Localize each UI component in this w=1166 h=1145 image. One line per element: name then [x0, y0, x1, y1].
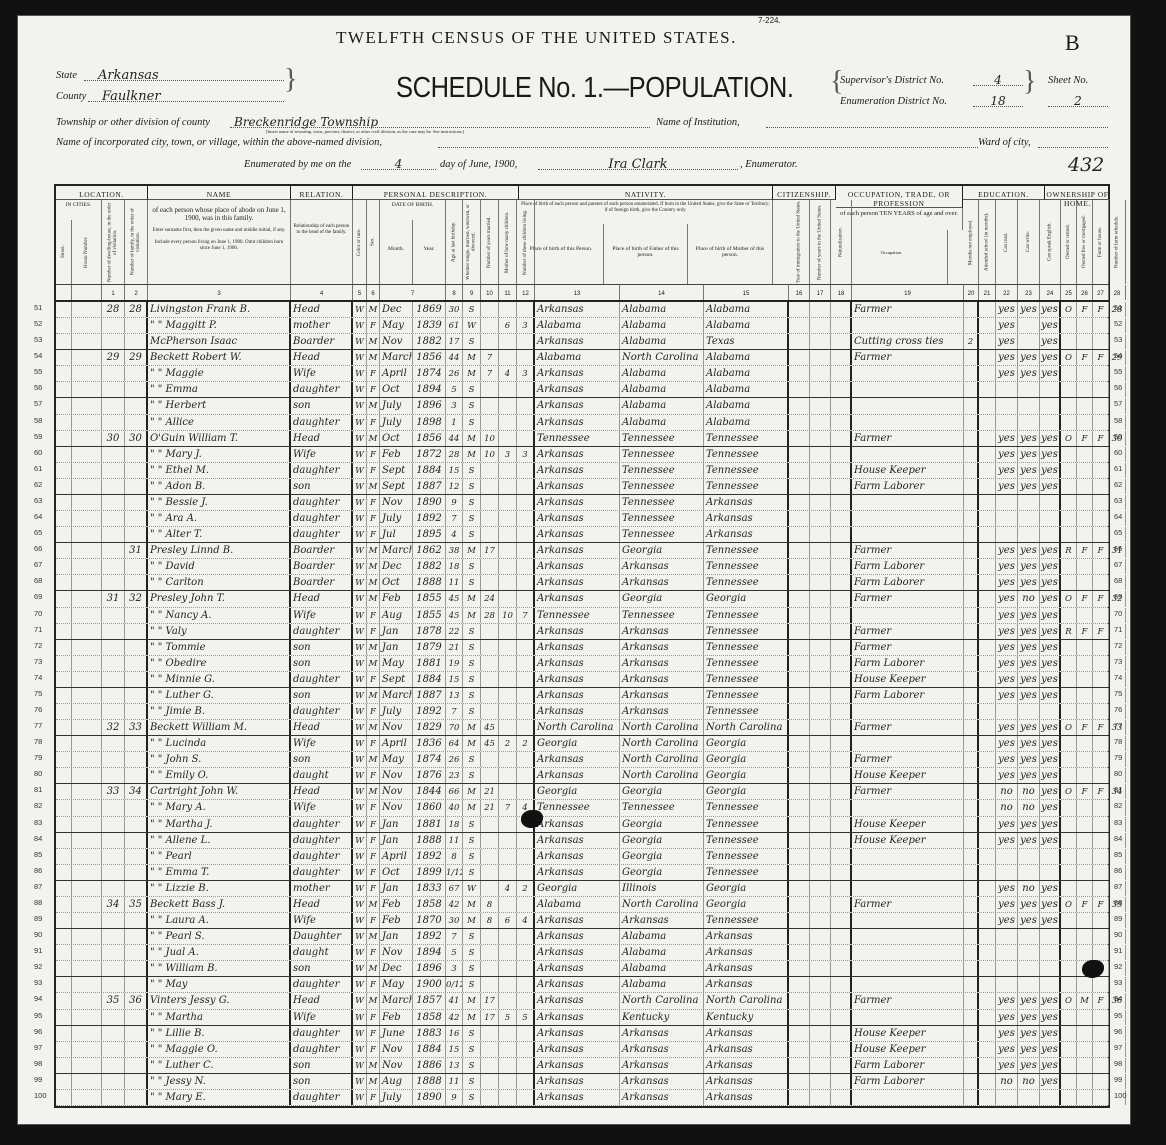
table-row: " " Luther G.sonWMMarch188713SArkansasAr…	[56, 688, 1108, 704]
cell-year: 1896	[413, 398, 446, 413]
cell-sex: F	[367, 463, 380, 478]
line-number: 70	[34, 609, 42, 618]
cell-mother-of	[499, 1026, 517, 1041]
cell-empty	[56, 817, 72, 832]
cell-farm	[1093, 559, 1109, 574]
cell-unemployed	[964, 382, 979, 397]
cell-write: yes	[1018, 1058, 1040, 1073]
cell-father-birth: Georgia	[620, 865, 704, 880]
cell-empty	[56, 511, 72, 526]
cell-living	[517, 929, 535, 944]
cell-birth: Arkansas	[535, 447, 620, 462]
cell-mother-birth: North Carolina	[704, 993, 789, 1008]
cell-year: 1882	[413, 559, 446, 574]
line-number: 54	[34, 351, 42, 360]
header-free-mortgaged: Owned free or mortgaged.	[1077, 200, 1093, 284]
cell-unemployed	[964, 575, 979, 590]
cell-write	[1018, 849, 1040, 864]
table-row: " " Nancy A.WifeWFAug185545M28107Tenness…	[56, 608, 1108, 624]
cell-unemployed	[964, 398, 979, 413]
cell-age: 21	[446, 640, 463, 655]
cell-mother-birth: Arkansas	[704, 527, 789, 542]
cell-free	[1077, 913, 1093, 928]
cell-free	[1077, 366, 1093, 381]
cell-sex: M	[367, 656, 380, 671]
cell-occupation	[852, 398, 964, 413]
cell-family	[125, 1074, 148, 1089]
ward-field	[1038, 133, 1108, 148]
cell-name: " " Pearl S.	[148, 929, 291, 944]
cell-age: 4	[446, 527, 463, 542]
cell-own: O	[1061, 302, 1077, 317]
cell-dwelling	[102, 768, 125, 783]
cell-year: 1888	[413, 575, 446, 590]
cell-free	[1077, 656, 1093, 671]
cell-dwelling	[102, 1058, 125, 1073]
cell-sex: F	[367, 495, 380, 510]
cell-farm	[1093, 752, 1109, 767]
cell-family	[125, 977, 148, 992]
cell-occupation: Farmer	[852, 350, 964, 365]
column-number: 13	[535, 285, 620, 300]
cell-unemployed	[964, 704, 979, 719]
cell-marital: S	[463, 945, 481, 960]
cell-family	[125, 382, 148, 397]
cell-occupation	[852, 366, 964, 381]
cell-name: " " Obedire	[148, 656, 291, 671]
cell-mother-of	[499, 817, 517, 832]
cell-yrs-married	[481, 479, 499, 494]
cell-dwelling	[102, 511, 125, 526]
cell-father-birth: Arkansas	[620, 688, 704, 703]
cell-own	[1061, 1010, 1077, 1025]
cell-empty	[979, 704, 996, 719]
cell-father-birth: Alabama	[620, 382, 704, 397]
cell-living	[517, 768, 535, 783]
cell-mother-birth: Georgia	[704, 736, 789, 751]
cell-free: F	[1077, 897, 1093, 912]
cell-sex: F	[367, 881, 380, 896]
cell-read: yes	[996, 1058, 1018, 1073]
cell-name: " " Pearl	[148, 849, 291, 864]
cell-color: W	[353, 1010, 367, 1025]
cell-color: W	[353, 800, 367, 815]
cell-marital: S	[463, 559, 481, 574]
cell-empty	[979, 382, 996, 397]
cell-mother-of	[499, 591, 517, 606]
cell-living	[517, 784, 535, 799]
cell-own	[1061, 382, 1077, 397]
cell-empty	[72, 768, 102, 783]
cell-relation: daughter	[291, 672, 353, 687]
cell-month: March	[380, 688, 413, 703]
cell-own	[1061, 1058, 1077, 1073]
cell-occupation: House Keeper	[852, 817, 964, 832]
line-number: 81	[34, 785, 42, 794]
cell-birth: Arkansas	[535, 511, 620, 526]
cell-birth: Arkansas	[535, 945, 620, 960]
cell-unemployed	[964, 688, 979, 703]
header-sex: Sex.	[367, 200, 380, 284]
cell-empty	[810, 833, 831, 848]
cell-farm	[1093, 800, 1109, 815]
sheet-field: 2	[1048, 92, 1108, 107]
cell-year: 1839	[413, 318, 446, 333]
institution-field	[766, 113, 1108, 128]
cell-living	[517, 833, 535, 848]
cell-read: yes	[996, 559, 1018, 574]
cell-mother-birth: Tennessee	[704, 608, 789, 623]
table-row: " " William B.sonWMDec18963SArkansasAlab…	[56, 961, 1108, 977]
cell-farm	[1093, 479, 1109, 494]
cell-occupation	[852, 608, 964, 623]
cell-empty	[979, 431, 996, 446]
group-location: LOCATION.	[56, 186, 148, 200]
line-number: 85	[1114, 850, 1122, 859]
form-id: 7-224.	[758, 16, 781, 25]
cell-write: yes	[1018, 624, 1040, 639]
enumeration-field: 18	[973, 92, 1023, 107]
line-number: 75	[1114, 689, 1122, 698]
cell-empty	[979, 1074, 996, 1089]
cell-marital: M	[463, 591, 481, 606]
cell-month: May	[380, 752, 413, 767]
cell-own	[1061, 977, 1077, 992]
line-number: 54	[1114, 351, 1122, 360]
cell-write: no	[1018, 1074, 1040, 1089]
column-number	[56, 285, 72, 300]
cell-empty	[56, 479, 72, 494]
occupation-sub-header: Occupation.	[836, 230, 948, 284]
cell-marital: S	[463, 640, 481, 655]
cell-empty	[789, 656, 810, 671]
date-of-birth-header: DATE OF BIRTH.	[380, 200, 446, 220]
cell-occupation	[852, 1090, 964, 1105]
cell-write: yes	[1018, 447, 1040, 462]
line-number: 58	[1114, 416, 1122, 425]
cell-mother-birth: Arkansas	[704, 511, 789, 526]
cell-year: 1833	[413, 881, 446, 896]
cell-read	[996, 849, 1018, 864]
cell-own	[1061, 398, 1077, 413]
cell-empty	[979, 929, 996, 944]
cell-farm: F	[1093, 543, 1109, 558]
cell-occupation: Cutting cross ties	[852, 334, 964, 349]
cell-yrs-married: 45	[481, 720, 499, 735]
cell-empty	[810, 302, 831, 317]
cell-color: W	[353, 688, 367, 703]
table-row: " " MaggieWifeWFApril187426M743ArkansasA…	[56, 366, 1108, 382]
cell-dwelling	[102, 881, 125, 896]
cell-free	[1077, 865, 1093, 880]
cell-sex: F	[367, 800, 380, 815]
cell-mother-of	[499, 1090, 517, 1105]
cell-unemployed	[964, 559, 979, 574]
cell-relation: Wife	[291, 736, 353, 751]
cell-yrs-married	[481, 624, 499, 639]
cell-free	[1077, 768, 1093, 783]
table-row: " " Adon B.sonWMSept188712SArkansasTenne…	[56, 479, 1108, 495]
cell-farm	[1093, 849, 1109, 864]
cell-own	[1061, 881, 1077, 896]
cell-read: yes	[996, 736, 1018, 751]
cell-empty	[789, 479, 810, 494]
cell-name: " " Ethel M.	[148, 463, 291, 478]
cell-birth: Arkansas	[535, 977, 620, 992]
cell-month: Nov	[380, 1058, 413, 1073]
header-attended-school: Attended school (in months).	[979, 200, 996, 284]
cell-empty	[72, 993, 102, 1008]
cell-mother-of: 6	[499, 318, 517, 333]
cell-english: yes	[1040, 463, 1061, 478]
cell-yrs-married	[481, 672, 499, 687]
cell-occupation	[852, 415, 964, 430]
cell-mother-birth: Tennessee	[704, 543, 789, 558]
cell-mother-of	[499, 961, 517, 976]
cell-empty	[810, 817, 831, 832]
cell-birth: Georgia	[535, 736, 620, 751]
cell-unemployed	[964, 784, 979, 799]
relation-desc: Relationship of each person to the head …	[291, 200, 353, 284]
cell-read: yes	[996, 913, 1018, 928]
cell-month: Feb	[380, 913, 413, 928]
cell-occupation: Farm Laborer	[852, 688, 964, 703]
cell-empty	[979, 302, 996, 317]
cell-dwelling	[102, 913, 125, 928]
cell-empty	[979, 495, 996, 510]
cell-living	[517, 993, 535, 1008]
cell-dwelling: 29	[102, 350, 125, 365]
cell-month: Aug	[380, 1074, 413, 1089]
cell-empty	[56, 704, 72, 719]
column-number: 18	[831, 285, 852, 300]
cell-color: W	[353, 591, 367, 606]
cell-read	[996, 398, 1018, 413]
cell-father-birth: Arkansas	[620, 1058, 704, 1073]
cell-read: yes	[996, 752, 1018, 767]
header-marital: Whether single, married, widowed, or div…	[463, 200, 481, 284]
table-row: " " DavidBoarderWMDec188218SArkansasArka…	[56, 559, 1108, 575]
cell-own	[1061, 415, 1077, 430]
cell-occupation: Farmer	[852, 784, 964, 799]
cell-marital: S	[463, 849, 481, 864]
cell-write	[1018, 334, 1040, 349]
cell-empty	[789, 913, 810, 928]
group-personal: PERSONAL DESCRIPTION.	[353, 186, 519, 200]
cell-yrs-married: 17	[481, 993, 499, 1008]
cell-color: W	[353, 559, 367, 574]
cell-unemployed	[964, 800, 979, 815]
cell-father-birth: Arkansas	[620, 1026, 704, 1041]
cell-mother-birth: Alabama	[704, 382, 789, 397]
cell-mother-birth: Tennessee	[704, 447, 789, 462]
cell-year: 1900	[413, 977, 446, 992]
cell-occupation: Farmer	[852, 624, 964, 639]
cell-yrs-married	[481, 495, 499, 510]
sheet-label: Sheet No.	[1048, 75, 1088, 86]
cell-write: yes	[1018, 752, 1040, 767]
cell-year: 1892	[413, 511, 446, 526]
cell-empty	[56, 1042, 72, 1057]
cell-year: 1884	[413, 463, 446, 478]
cell-empty	[831, 479, 852, 494]
line-number: 86	[34, 866, 42, 875]
cell-write: yes	[1018, 350, 1040, 365]
cell-birth: Arkansas	[535, 415, 620, 430]
cell-empty	[831, 591, 852, 606]
cell-free	[1077, 977, 1093, 992]
line-number: 93	[1114, 978, 1122, 987]
cell-yrs-married	[481, 881, 499, 896]
table-row: 3435Beckett Bass J.HeadWMFeb185842M8Alab…	[56, 897, 1108, 913]
cell-sex: F	[367, 704, 380, 719]
cell-month: Jan	[380, 817, 413, 832]
cell-empty	[810, 672, 831, 687]
cell-empty	[72, 1074, 102, 1089]
cell-age: 15	[446, 1042, 463, 1057]
cell-empty	[810, 913, 831, 928]
cell-name: " " William B.	[148, 961, 291, 976]
cell-marital: S	[463, 334, 481, 349]
cell-family	[125, 1058, 148, 1073]
cell-year: 1887	[413, 688, 446, 703]
cell-empty	[56, 784, 72, 799]
cell-sex: M	[367, 1074, 380, 1089]
cell-empty	[831, 1090, 852, 1105]
cell-living	[517, 415, 535, 430]
line-number: 51	[34, 303, 42, 312]
table-row: " " Jual A.daughtWFNov18945SArkansasAlab…	[56, 945, 1108, 961]
line-number: 92	[34, 962, 42, 971]
cell-father-birth: Georgia	[620, 849, 704, 864]
cell-empty	[810, 511, 831, 526]
cell-write: yes	[1018, 688, 1040, 703]
cell-write	[1018, 495, 1040, 510]
cell-father-birth: Arkansas	[620, 704, 704, 719]
table-row: " " ValydaughterWFJan187822SArkansasArka…	[56, 624, 1108, 640]
cell-empty	[72, 559, 102, 574]
cell-empty	[831, 543, 852, 558]
line-number: 53	[34, 335, 42, 344]
cell-mother-birth: Tennessee	[704, 833, 789, 848]
cell-empty	[979, 913, 996, 928]
cell-marital: S	[463, 1074, 481, 1089]
cell-living	[517, 640, 535, 655]
cell-yrs-married	[481, 334, 499, 349]
cell-sex: M	[367, 640, 380, 655]
table-row: " " AllicedaughterWFJuly18981SArkansasAl…	[56, 415, 1108, 431]
cell-yrs-married	[481, 817, 499, 832]
cell-marital: S	[463, 495, 481, 510]
cell-month: March	[380, 350, 413, 365]
cell-own	[1061, 1042, 1077, 1057]
cell-farm	[1093, 1026, 1109, 1041]
cell-empty	[979, 768, 996, 783]
cell-birth: Arkansas	[535, 479, 620, 494]
cell-write: no	[1018, 784, 1040, 799]
cell-year: 1895	[413, 527, 446, 542]
cell-year: 1879	[413, 640, 446, 655]
header-text: Number of these children living.	[517, 200, 534, 284]
cell-empty	[56, 382, 72, 397]
cell-farm	[1093, 656, 1109, 671]
cell-empty	[72, 1090, 102, 1105]
cell-empty	[789, 961, 810, 976]
cell-own: O	[1061, 993, 1077, 1008]
cell-empty	[979, 849, 996, 864]
line-number: 85	[34, 850, 42, 859]
cell-empty	[810, 366, 831, 381]
cell-empty	[810, 688, 831, 703]
line-number: 78	[34, 737, 42, 746]
cell-age: 3	[446, 398, 463, 413]
cell-empty	[831, 575, 852, 590]
cell-sex: F	[367, 768, 380, 783]
cell-empty	[56, 624, 72, 639]
cell-free	[1077, 849, 1093, 864]
cell-english: yes	[1040, 897, 1061, 912]
cell-mother-of	[499, 656, 517, 671]
cell-age: 7	[446, 929, 463, 944]
cell-empty	[72, 463, 102, 478]
cell-dwelling: 32	[102, 720, 125, 735]
cell-age: 5	[446, 945, 463, 960]
cell-empty	[56, 865, 72, 880]
cell-father-birth: Georgia	[620, 833, 704, 848]
header-text: Year of immigration to the United States…	[789, 200, 809, 284]
cell-living	[517, 1026, 535, 1041]
cell-marital: M	[463, 720, 481, 735]
cell-empty	[831, 1010, 852, 1025]
cell-empty	[789, 398, 810, 413]
cell-empty	[56, 656, 72, 671]
cell-english: yes	[1040, 720, 1061, 735]
cell-empty	[56, 688, 72, 703]
cell-marital: S	[463, 624, 481, 639]
cell-mother-of	[499, 672, 517, 687]
cell-color: W	[353, 543, 367, 558]
cell-empty	[789, 591, 810, 606]
cell-read	[996, 511, 1018, 526]
cell-write: yes	[1018, 1026, 1040, 1041]
cell-color: W	[353, 817, 367, 832]
cell-read: yes	[996, 688, 1018, 703]
cell-living	[517, 302, 535, 317]
cell-empty	[56, 800, 72, 815]
cell-marital: S	[463, 415, 481, 430]
line-number: 66	[1114, 544, 1122, 553]
line-number: 93	[34, 978, 42, 987]
cell-yrs-married	[481, 1090, 499, 1105]
cell-empty	[72, 817, 102, 832]
cell-empty	[72, 382, 102, 397]
cell-yrs-married: 10	[481, 447, 499, 462]
cell-occupation	[852, 865, 964, 880]
cell-name: " " Tommie	[148, 640, 291, 655]
cell-sex: F	[367, 527, 380, 542]
cell-sex: F	[367, 415, 380, 430]
cell-empty	[789, 1010, 810, 1025]
cell-dwelling	[102, 672, 125, 687]
cell-empty	[979, 833, 996, 848]
cell-color: W	[353, 897, 367, 912]
header-text: Sex.	[367, 200, 379, 284]
cell-year: 1894	[413, 382, 446, 397]
cell-color: W	[353, 511, 367, 526]
cell-sex: M	[367, 929, 380, 944]
cell-birth: Arkansas	[535, 559, 620, 574]
column-number	[72, 285, 102, 300]
